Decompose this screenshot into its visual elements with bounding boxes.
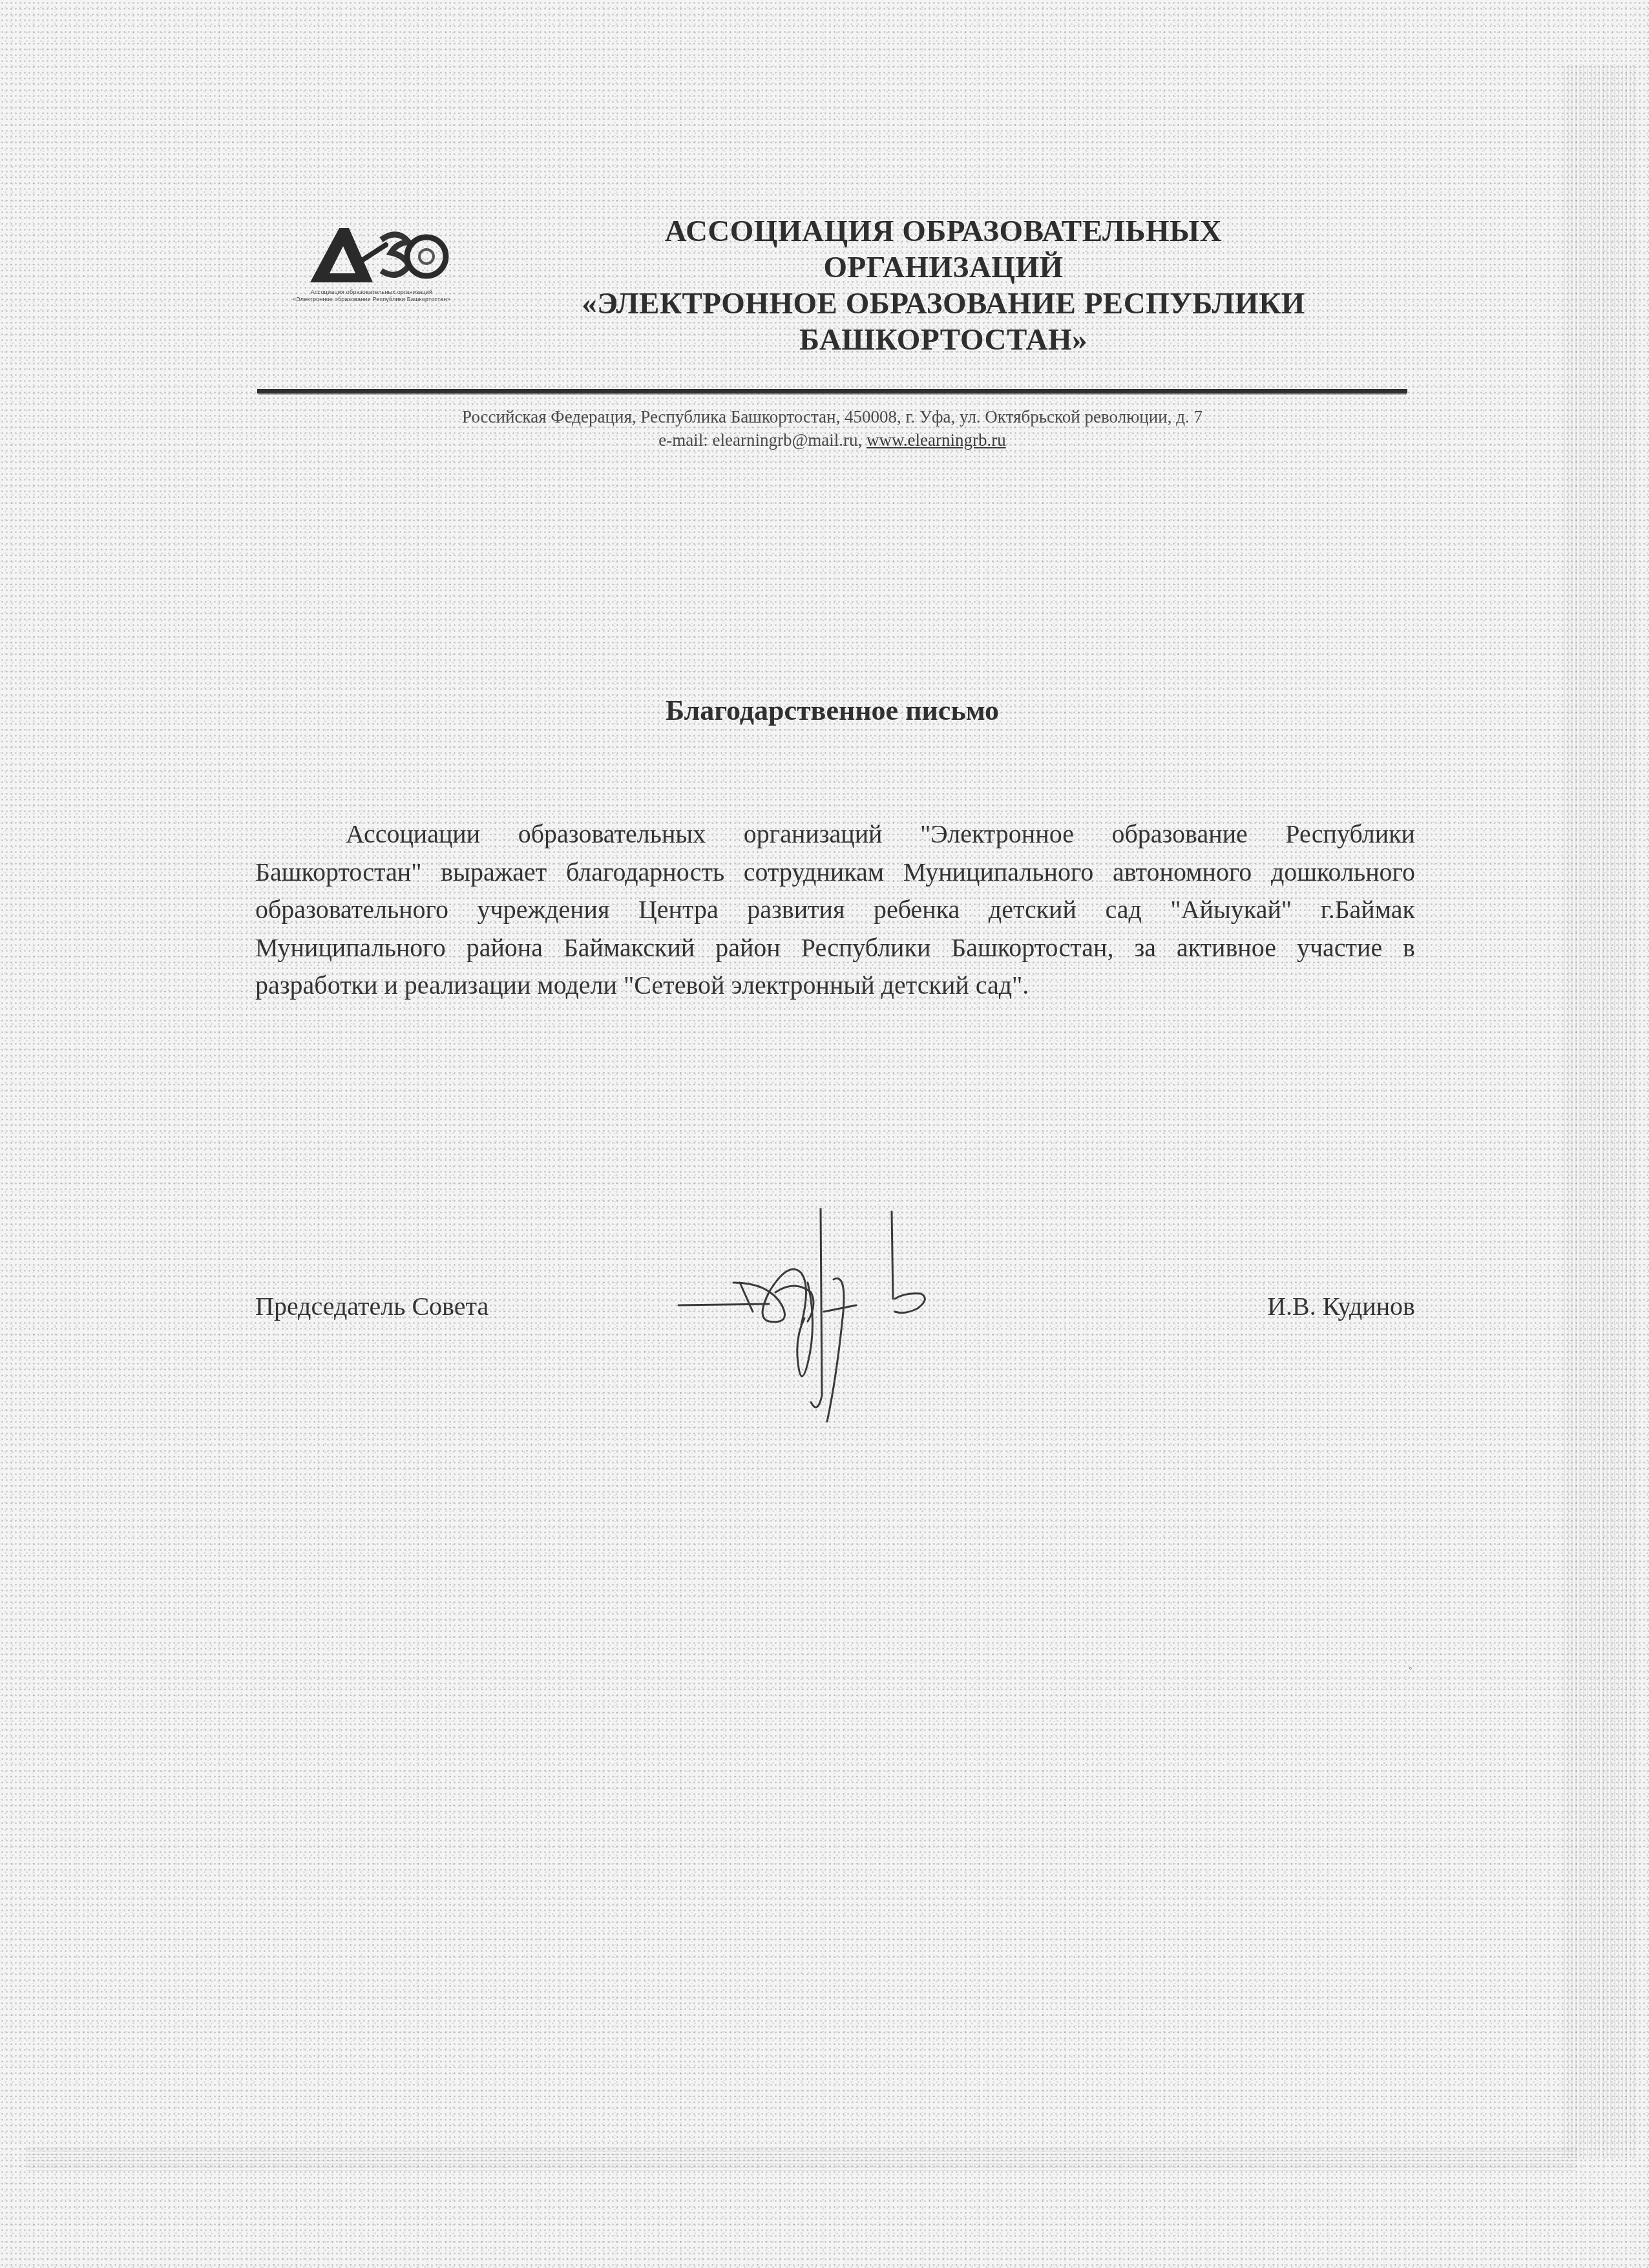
postal-address: Российская Федерация, Республика Башкорт…	[257, 405, 1407, 428]
header-divider	[257, 389, 1407, 394]
signer-position: Председатель Совета	[255, 1291, 488, 1321]
organization-name: АССОЦИАЦИЯ ОБРАЗОВАТЕЛЬНЫХ ОРГАНИЗАЦИЙ «…	[491, 213, 1396, 358]
letter-body: Ассоциации образовательных организаций "…	[255, 815, 1415, 1005]
scan-mark: ◦	[1409, 1664, 1412, 1674]
logo-caption-line: Ассоциация образовательных организаций	[275, 289, 468, 296]
organization-logo: Ассоциация образовательных организаций «…	[275, 223, 468, 313]
document-title: Благодарственное письмо	[257, 693, 1407, 729]
organization-name-line: «ЭЛЕКТРОННОЕ ОБРАЗОВАНИЕ РЕСПУБЛИКИ	[491, 286, 1396, 322]
logo-caption-line: «Электронное образование Республики Башк…	[275, 296, 468, 303]
organization-name-line: АССОЦИАЦИЯ ОБРАЗОВАТЕЛЬНЫХ	[491, 213, 1396, 249]
signer-name: И.В. Кудинов	[1267, 1291, 1415, 1321]
email-text: e-mail: elearningrb@mail.ru,	[658, 430, 862, 450]
organization-address: Российская Федерация, Республика Башкорт…	[257, 405, 1407, 452]
logo-caption: Ассоциация образовательных организаций «…	[275, 289, 468, 303]
organization-name-line: БАШКОРТОСТАН»	[491, 322, 1396, 358]
organization-name-line: ОРГАНИЗАЦИЙ	[491, 249, 1396, 286]
website-link[interactable]: www.elearningrb.ru	[867, 430, 1006, 450]
logo-mark-icon	[300, 223, 449, 288]
contact-line: e-mail: elearningrb@mail.ru, www.elearni…	[257, 428, 1407, 452]
letter-page: Ассоциация образовательных организаций «…	[0, 0, 1649, 2268]
handwritten-signature-icon	[672, 1208, 1086, 1428]
